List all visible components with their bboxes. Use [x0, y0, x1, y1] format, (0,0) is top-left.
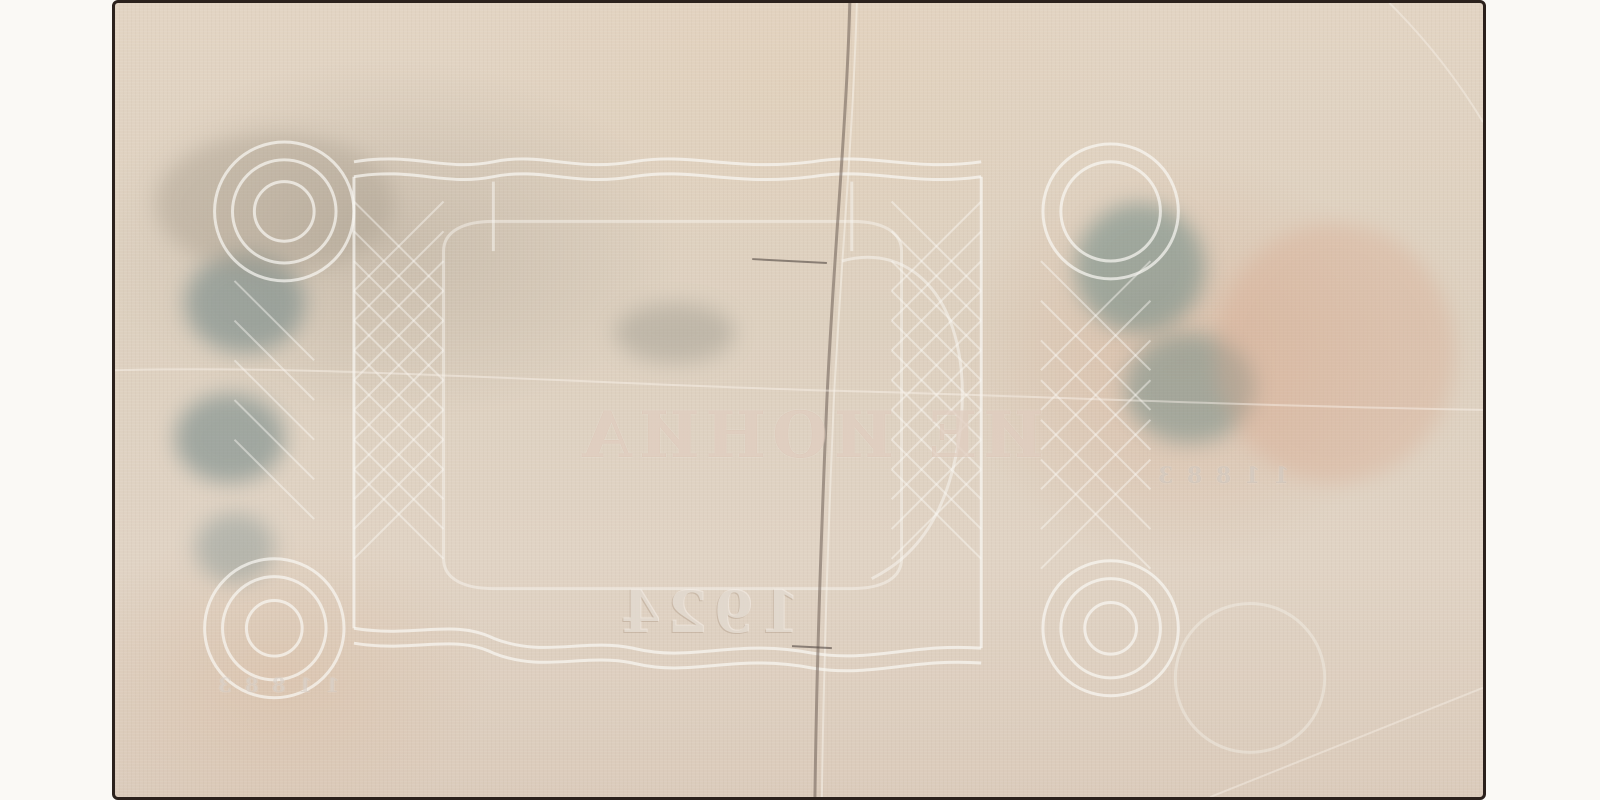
stain-top-left-dark [155, 133, 395, 273]
show-through-serial-right: 1 1 8 8 3 [1155, 463, 1289, 489]
stain-right-blue-1 [1075, 203, 1205, 333]
banknote-reverse: ИЕ ИОНИА 1924 1 1 8 8 3 1 1 8 8 3 [112, 0, 1486, 800]
stain-right-warm [1215, 223, 1455, 483]
stain-center-spot [615, 303, 735, 363]
show-through-denomination-text: ИЕ ИОНИА [575, 398, 1044, 473]
photo-stage: ИЕ ИОНИА 1924 1 1 8 8 3 1 1 8 8 3 [0, 0, 1600, 800]
stain-left-low [195, 513, 275, 583]
show-through-year-text: 1924 [615, 578, 800, 646]
stain-left-mid [175, 393, 285, 483]
show-through-serial-left: 1 1 8 8 3 [215, 673, 339, 697]
